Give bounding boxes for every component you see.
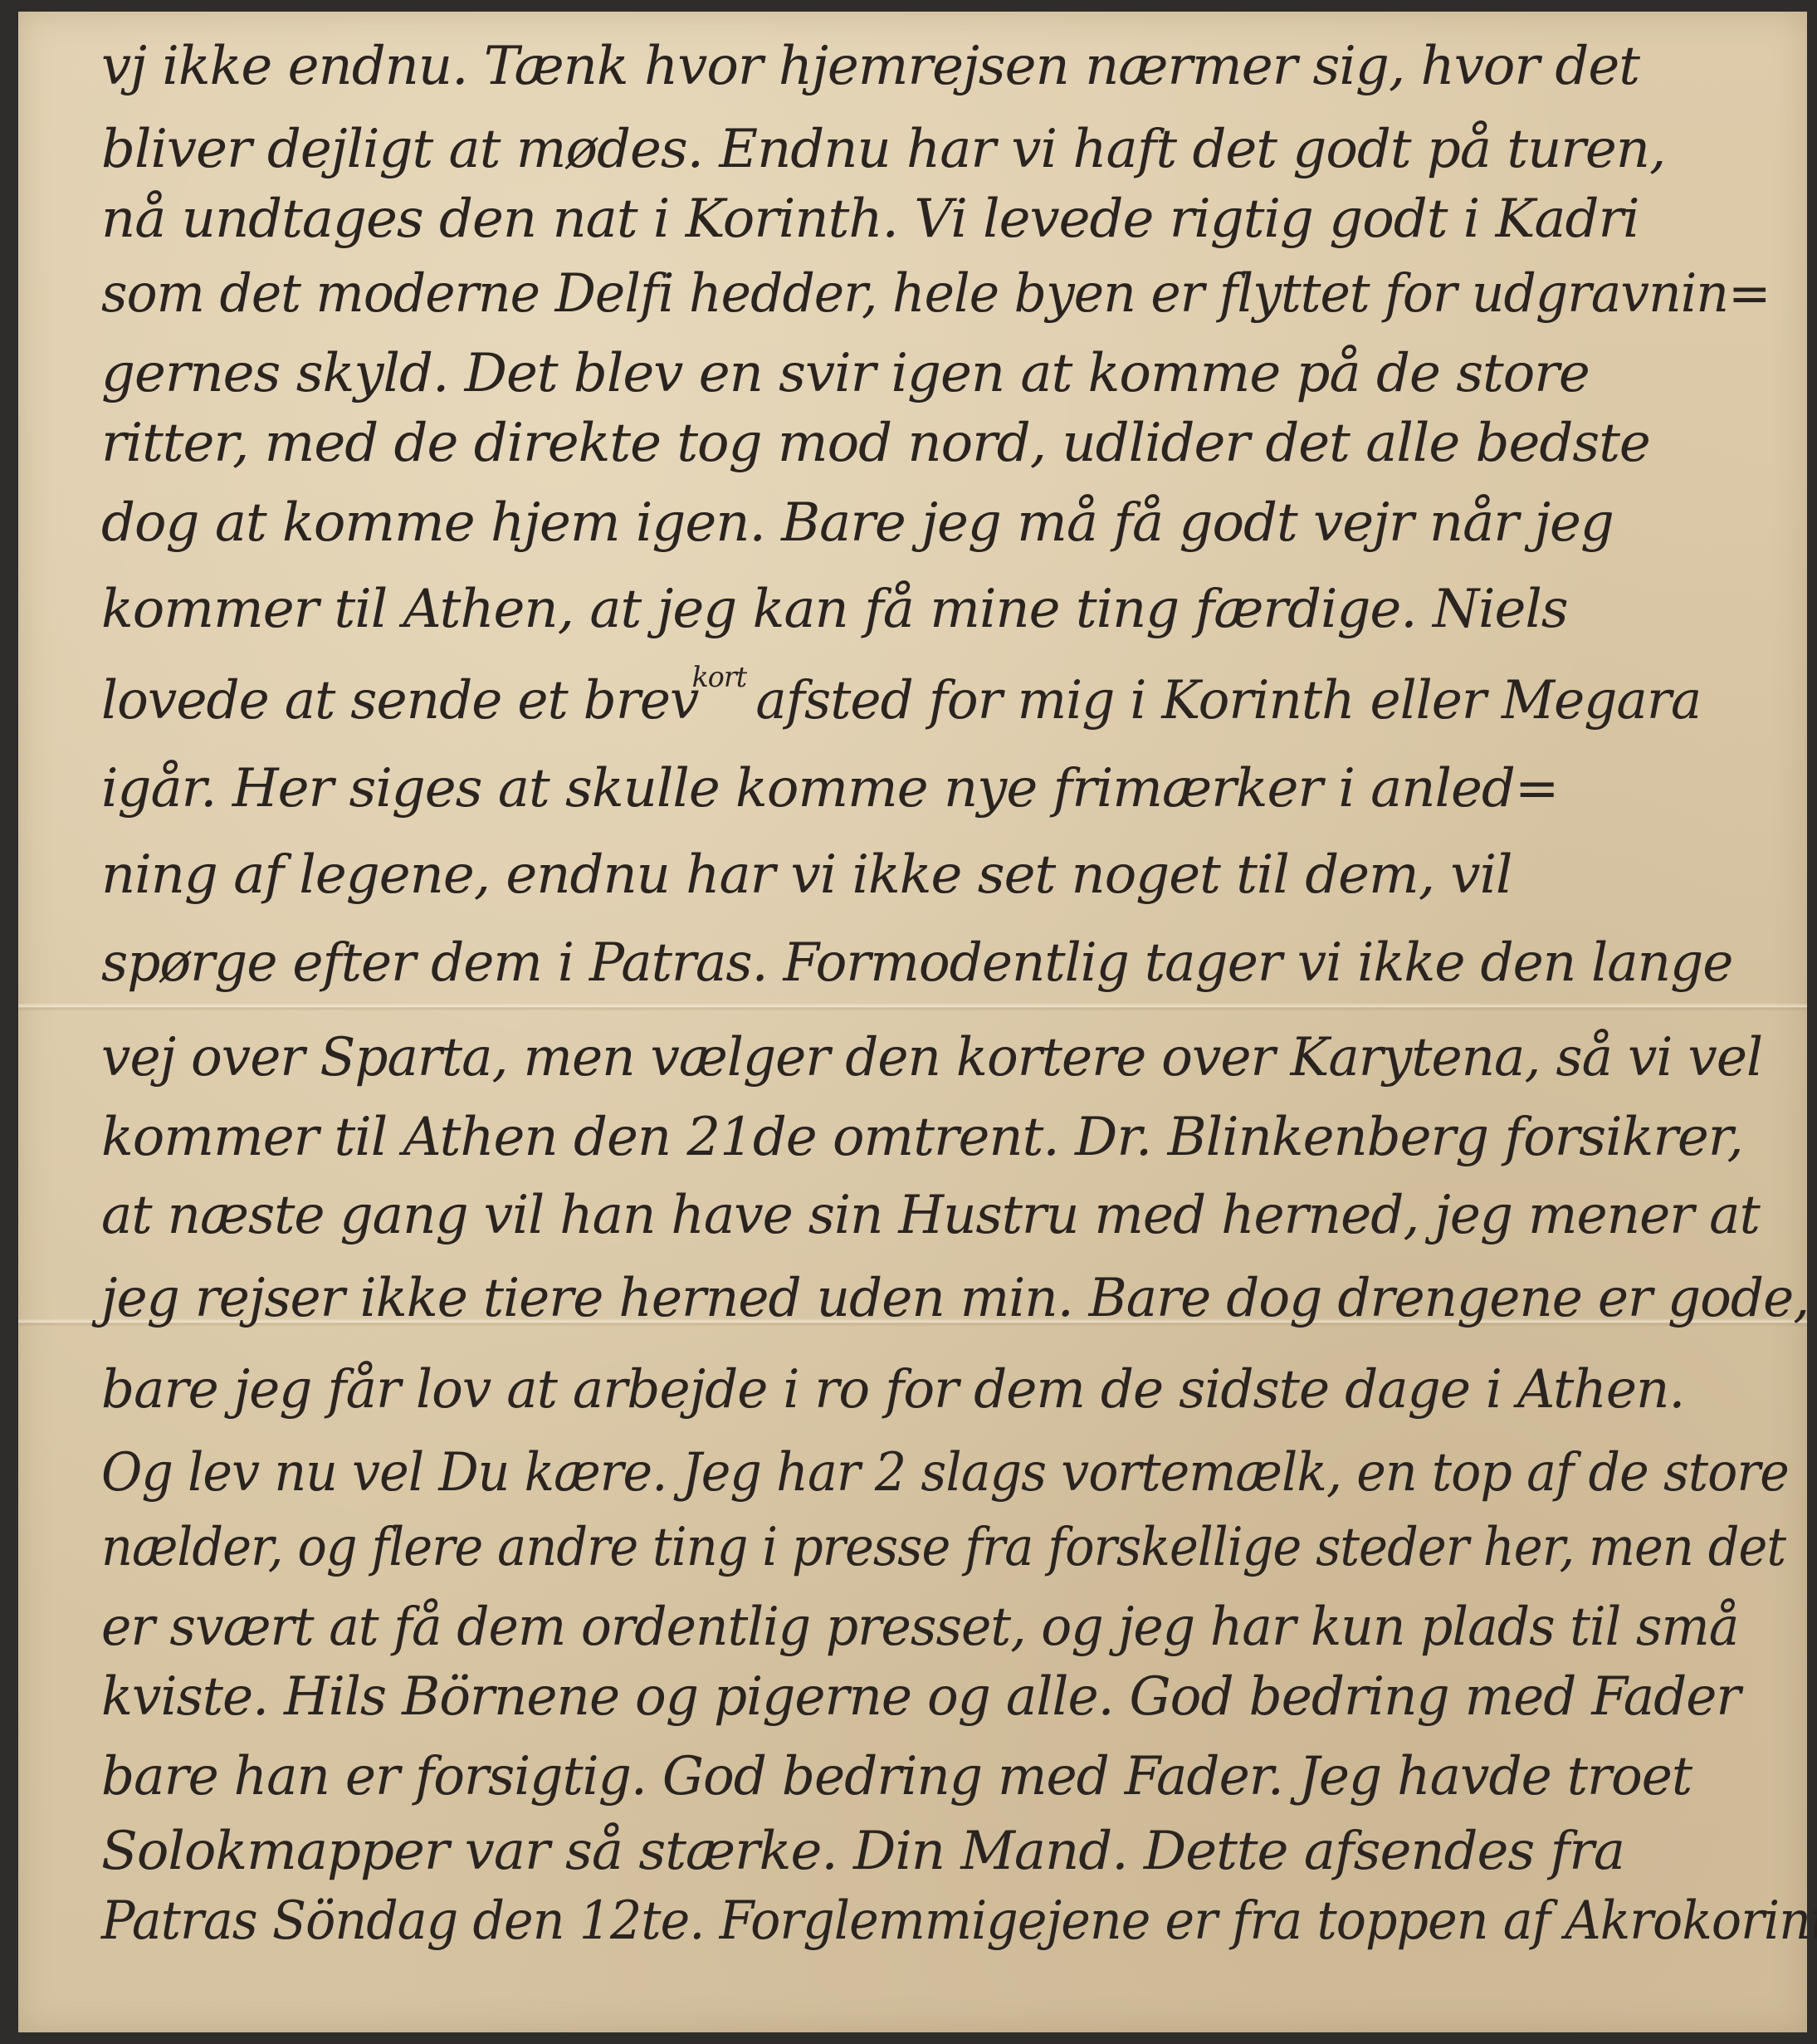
fold-line bbox=[18, 1003, 1807, 1011]
handwritten-line: kommer til Athen den 21de omtrent. Dr. B… bbox=[101, 1111, 1743, 1164]
handwritten-line: igår. Her siges at skulle komme nye frim… bbox=[101, 762, 1558, 815]
handwritten-line: bare jeg får lov at arbejde i ro for dem… bbox=[101, 1363, 1684, 1416]
handwritten-line: nælder, og flere andre ting i presse fra… bbox=[101, 1521, 1785, 1574]
handwritten-line: kviste. Hils Börnene og pigerne og alle.… bbox=[101, 1670, 1740, 1724]
handwritten-line: vj ikke endnu. Tænk hvor hjemrejsen nærm… bbox=[101, 40, 1639, 93]
superscript-insertion: kort bbox=[692, 661, 747, 694]
line-text: lovede at sende et brev bbox=[101, 670, 698, 731]
handwritten-line: at næste gang vil han have sin Hustru me… bbox=[101, 1189, 1760, 1242]
handwritten-line: ning af legene, endnu har vi ikke set no… bbox=[101, 848, 1512, 902]
handwritten-line: Patras Söndag den 12te. Forglemmigejene … bbox=[101, 1895, 1817, 1948]
handwritten-line: Og lev nu vel Du kære. Jeg har 2 slags v… bbox=[101, 1446, 1789, 1499]
handwritten-line: bliver dejligt at mødes. Endnu har vi ha… bbox=[101, 123, 1665, 176]
handwritten-line: som det moderne Delfi hedder, hele byen … bbox=[101, 267, 1771, 320]
handwritten-line: vej over Sparta, men vælger den kortere … bbox=[101, 1031, 1762, 1084]
line-text: afsted for mig i Korinth eller Megara bbox=[740, 670, 1701, 731]
handwritten-line: lovede at sende et brevkort afsted for m… bbox=[101, 674, 1701, 727]
handwritten-line: bare han er forsigtig. God bedring med F… bbox=[101, 1750, 1692, 1803]
handwritten-line: Solokmapper var så stærke. Din Mand. Det… bbox=[101, 1825, 1624, 1878]
handwritten-line: gernes skyld. Det blev en svir igen at k… bbox=[101, 347, 1590, 400]
handwritten-line: jeg rejser ikke tiere herned uden min. B… bbox=[101, 1272, 1809, 1325]
handwritten-line: spørge efter dem i Patras. Formodentlig … bbox=[101, 936, 1732, 990]
handwritten-line: nå undtages den nat i Korinth. Vi levede… bbox=[101, 193, 1639, 246]
handwritten-line: kommer til Athen, at jeg kan få mine tin… bbox=[101, 583, 1568, 636]
handwritten-line: er svært at få dem ordentlig presset, og… bbox=[101, 1601, 1738, 1654]
handwritten-line: ritter, med de direkte tog mod nord, udl… bbox=[101, 417, 1650, 470]
handwritten-line: dog at komme hjem igen. Bare jeg må få g… bbox=[101, 496, 1614, 550]
letter-page: vj ikke endnu. Tænk hvor hjemrejsen nærm… bbox=[18, 12, 1807, 2032]
